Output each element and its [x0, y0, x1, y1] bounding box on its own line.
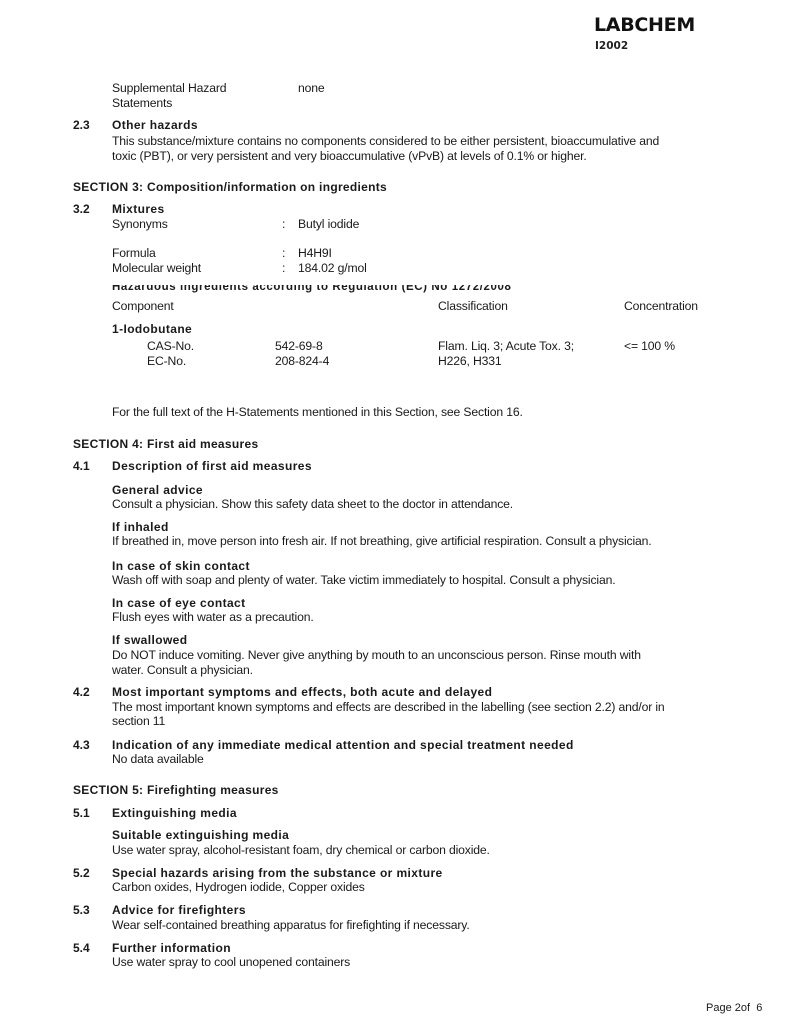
property-label: Formula	[112, 246, 156, 260]
supplemental-value: none	[298, 81, 325, 95]
classification-value: Flam. Liq. 3; Acute Tox. 3;	[438, 339, 574, 353]
section-number: 4.2	[73, 685, 90, 699]
advice-title: If swallowed	[112, 633, 187, 647]
paragraph-line: Use water spray to cool unopened contain…	[112, 955, 350, 969]
hazardous-ingredients-heading: Hazardous ingredients according to Regul…	[112, 285, 512, 294]
id-label: CAS-No.	[147, 339, 194, 353]
supplemental-label-1: Supplemental Hazard	[112, 81, 226, 95]
section-number: 3.2	[73, 202, 90, 216]
id-value: 542-69-8	[275, 339, 323, 353]
section-number: 2.3	[73, 118, 90, 132]
paragraph-line: Wear self-contained breathing apparatus …	[112, 918, 470, 932]
section-number: 5.4	[73, 941, 90, 955]
section-title: SECTION 3: Composition/information on in…	[73, 180, 387, 194]
advice-title: General advice	[112, 483, 203, 497]
property-sep: :	[282, 261, 285, 275]
id-label: EC-No.	[147, 354, 186, 368]
section-number: 5.1	[73, 806, 90, 820]
property-sep: :	[282, 217, 285, 231]
property-label: Molecular weight	[112, 261, 201, 275]
section-number: 4.1	[73, 459, 90, 473]
advice-title: In case of skin contact	[112, 559, 250, 573]
paragraph-line: No data available	[112, 752, 204, 766]
paragraph-line: The most important known symptoms and ef…	[112, 700, 665, 714]
section-title: SECTION 4: First aid measures	[73, 437, 258, 451]
subsection-title: Other hazards	[112, 118, 198, 132]
section-title: SECTION 5: Firefighting measures	[73, 783, 279, 797]
property-sep: :	[282, 246, 285, 260]
subsection-title: Description of first aid measures	[112, 459, 312, 473]
subsection-title: Special hazards arising from the substan…	[112, 866, 443, 880]
paragraph-line: This substance/mixture contains no compo…	[112, 134, 659, 148]
col-header-concentration: Concentration	[624, 299, 698, 313]
property-value: H4H9I	[298, 246, 332, 260]
subsection-title: Mixtures	[112, 202, 165, 216]
property-label: Synonyms	[112, 217, 168, 231]
advice-text: Consult a physician. Show this safety da…	[112, 497, 513, 511]
paragraph-line: Carbon oxides, Hydrogen iodide, Copper o…	[112, 880, 365, 894]
advice-text: Do NOT induce vomiting. Never give anyth…	[112, 648, 641, 662]
property-value: 184.02 g/mol	[298, 261, 367, 275]
property-value: Butyl iodide	[298, 217, 359, 231]
paragraph-line: section 11	[112, 714, 165, 728]
advice-text: Wash off with soap and plenty of water. …	[112, 573, 615, 587]
footnote: For the full text of the H-Statements me…	[112, 405, 523, 419]
advice-text: If breathed in, move person into fresh a…	[112, 534, 652, 548]
advice-title: In case of eye contact	[112, 596, 246, 610]
subsection-title: Most important symptoms and effects, bot…	[112, 685, 492, 699]
section-number: 4.3	[73, 738, 90, 752]
component-name: 1-Iodobutane	[112, 322, 192, 336]
advice-text: water. Consult a physician.	[112, 663, 253, 677]
sub-subsection-title: Suitable extinguishing media	[112, 828, 289, 842]
classification-value: H226, H331	[438, 354, 502, 368]
section-number: 5.2	[73, 866, 90, 880]
id-value: 208-824-4	[275, 354, 329, 368]
brand-logo: LABCHEM	[594, 14, 695, 36]
supplemental-label-2: Statements	[112, 96, 172, 110]
subsection-title: Advice for firefighters	[112, 903, 246, 917]
page-label: Page	[706, 1002, 732, 1014]
page-total: 6	[756, 1002, 762, 1014]
concentration-value: <= 100 %	[624, 339, 675, 353]
advice-text: Flush eyes with water as a precaution.	[112, 610, 314, 624]
advice-title: If inhaled	[112, 520, 169, 534]
paragraph-line: toxic (PBT), or very persistent and very…	[112, 149, 587, 163]
subsection-title: Further information	[112, 941, 231, 955]
subsection-title: Indication of any immediate medical atte…	[112, 738, 574, 752]
paragraph-line: Use water spray, alcohol-resistant foam,…	[112, 843, 490, 857]
col-header-component: Component	[112, 299, 174, 313]
page-of: of	[741, 1002, 750, 1014]
subsection-title: Extinguishing media	[112, 806, 237, 820]
col-header-classification: Classification	[438, 299, 508, 313]
page-number: Page 2of 6	[706, 1002, 762, 1014]
product-code: I2002	[595, 40, 628, 52]
section-number: 5.3	[73, 903, 90, 917]
